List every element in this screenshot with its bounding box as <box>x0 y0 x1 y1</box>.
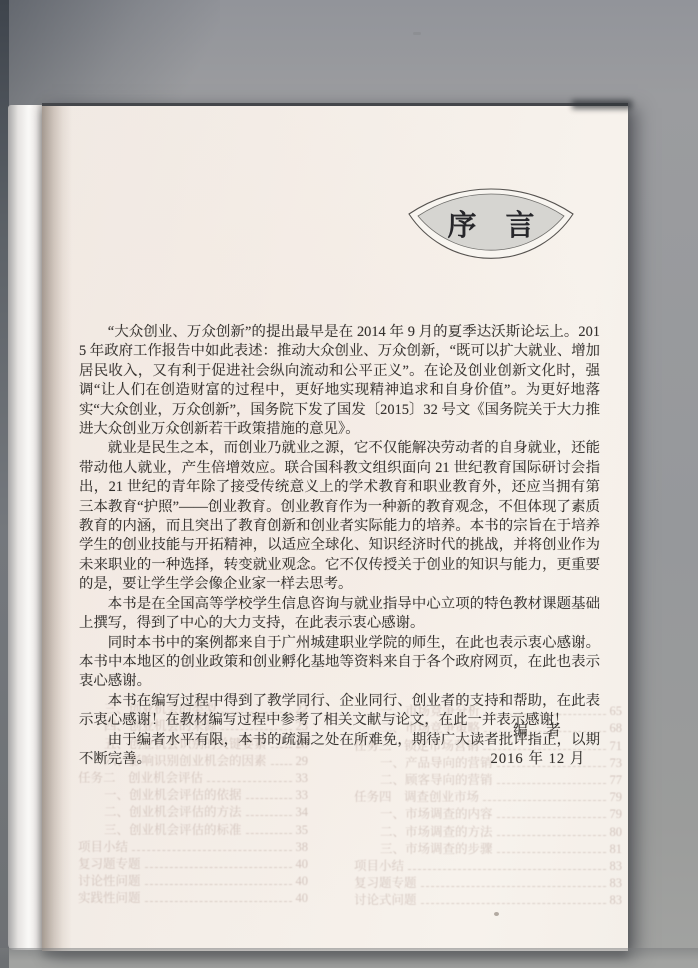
ghost-toc-row: 复习题专题40 <box>78 855 308 872</box>
ghost-toc-row: 三、创业机会评估的标准35 <box>78 820 308 837</box>
ghost-toc-row: 项目小结38 <box>78 838 308 855</box>
page-speck <box>494 912 499 916</box>
book-page: 三、创业机会的类型22 四、创业机会的来源23 五、创业机会识别的关键要素28 … <box>42 103 628 951</box>
body-paragraph: 就业是民生之本，而创业乃就业之源，它不仅能解决劳动者的自身就业，还能带动他人就业… <box>79 439 600 594</box>
ghost-toc-row: 讨论式问题83 <box>354 891 622 908</box>
ghost-toc-row: 一、创业机会评估的依据33 <box>78 786 308 803</box>
body-paragraph: 本书是在全国高等学校学生信息咨询与就业指导中心立项的特色教材课题基础上撰写，得到… <box>79 595 600 634</box>
ghost-toc-row: 二、创业机会评估的方法34 <box>78 803 308 820</box>
scanner-shadow-bottom <box>0 948 698 968</box>
body-paragraph: 同时本书中的案例都来自于广州城建职业学院的师生，在此也表示衷心感谢。本书中本地区… <box>79 634 600 692</box>
colophon: 编 者 2016 年 12 月 <box>438 719 638 768</box>
ghost-toc-row: 实践性问题40 <box>78 889 308 906</box>
preface-banner-shape: 序 言 <box>406 186 576 266</box>
ghost-toc-row: 讨论性问题40 <box>78 872 308 889</box>
colophon-author: 编 者 <box>438 719 638 740</box>
ghost-toc-row: 二、市场调查的方法80 <box>354 822 622 839</box>
body-paragraph: “大众创业、万众创新”的提出最早是在 2014 年 9 月的夏季达沃斯论坛上。2… <box>79 323 600 439</box>
scan-speck <box>413 32 421 35</box>
preface-body: “大众创业、万众创新”的提出最早是在 2014 年 9 月的夏季达沃斯论坛上。2… <box>79 323 600 769</box>
ghost-toc-row: 任务二 创业机会评估33 <box>78 769 308 786</box>
colophon-date: 2016 年 12 月 <box>438 747 638 768</box>
ghost-toc-row: 任务四 调查创业市场79 <box>354 788 622 805</box>
page-stack-edge <box>8 105 44 950</box>
scanner-background: 三、创业机会的类型22 四、创业机会的来源23 五、创业机会识别的关键要素28 … <box>0 0 698 968</box>
preface-title: 序 言 <box>447 209 534 242</box>
ghost-toc-row: 二、顾客导向的营销77 <box>354 771 622 788</box>
ghost-toc-row: 复习题专题83 <box>354 874 622 891</box>
preface-banner: 序 言 <box>406 186 576 266</box>
ghost-toc-row: 三、市场调查的步骤81 <box>354 840 622 857</box>
ghost-toc-row: 项目小结83 <box>354 857 622 874</box>
ghost-toc-row: 一、市场调查的内容79 <box>354 805 622 822</box>
